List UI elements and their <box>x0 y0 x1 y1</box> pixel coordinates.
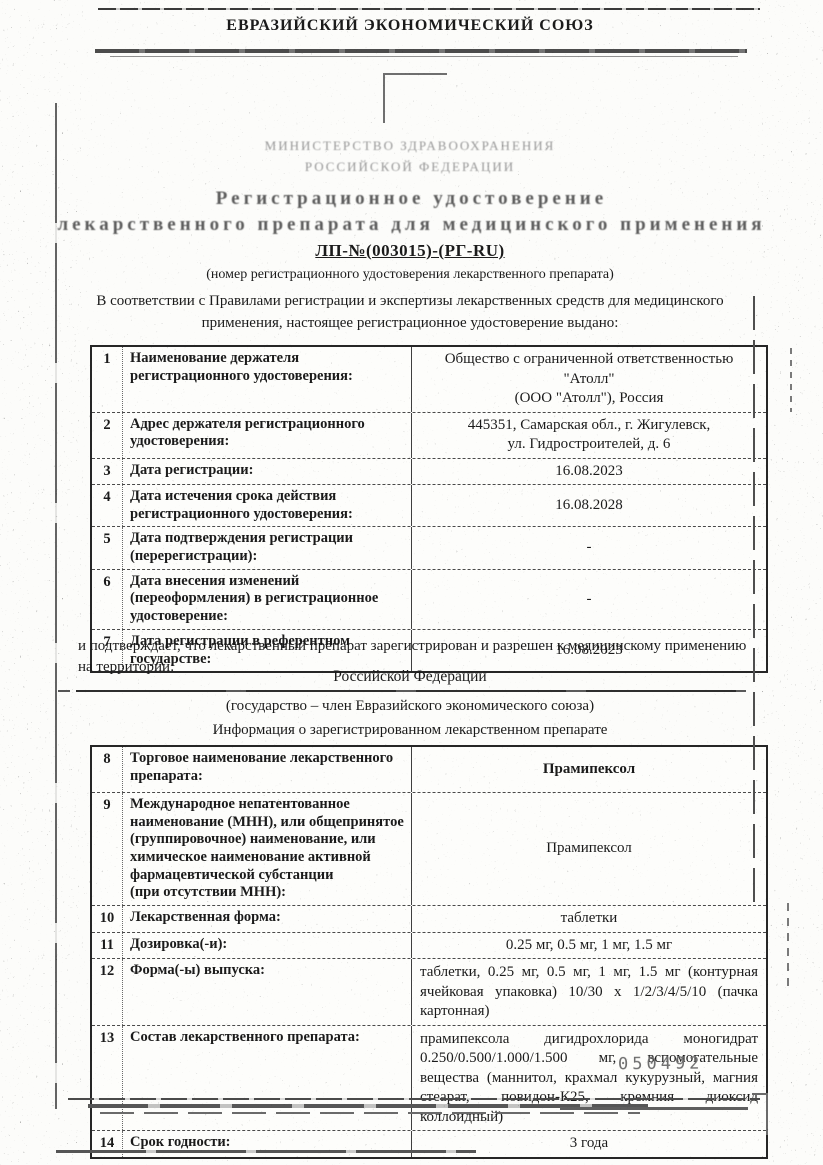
ministry-name: МИНИСТЕРСТВО ЗДРАВООХРАНЕНИЯ РОССИЙСКОЙ … <box>60 136 760 178</box>
header-rule-thin <box>110 56 738 57</box>
header-rule-thick <box>95 49 747 53</box>
row-value: прамипексола дигидрохлорида моногидрат 0… <box>412 1026 766 1131</box>
right-margin-mark <box>790 348 792 412</box>
row-label: Дозировка(-и): <box>123 933 412 959</box>
row-label: Форма(-ы) выпуска: <box>123 959 412 1025</box>
left-margin-line <box>55 103 57 1109</box>
row-label: Международное непатентованное наименован… <box>123 793 412 905</box>
row-number: 5 <box>92 527 123 568</box>
row-label: Состав лекарственного препарата: <box>123 1026 412 1131</box>
row-value: таблетки, 0.25 мг, 0.5 мг, 1 мг, 1.5 мг … <box>412 959 766 1025</box>
row-number: 3 <box>92 459 123 485</box>
registration-number-caption: (номер регистрационного удостоверения ле… <box>60 267 760 283</box>
bottom-border-line <box>68 1098 760 1100</box>
row-value: Прамипексол <box>412 747 766 792</box>
row-value: Общество с ограниченной ответственностью… <box>412 347 766 412</box>
row-value: 16.08.2023 <box>412 459 766 485</box>
table-row: 5 Дата подтверждения регистрации (перере… <box>92 526 766 568</box>
row-label: Дата внесения изменений (переоформления)… <box>123 570 412 629</box>
row-value: 445351, Самарская обл., г. Жигулевск, ул… <box>412 413 766 458</box>
row-label: Дата истечения срока действия регистраци… <box>123 485 412 526</box>
row-number: 4 <box>92 485 123 526</box>
row-number: 8 <box>92 747 123 792</box>
territory-name: Российской Федерации <box>60 668 760 686</box>
bottom-border-line <box>100 1112 640 1114</box>
row-value: 16.08.2028 <box>412 485 766 526</box>
table-row: 11 Дозировка(-и): 0.25 мг, 0.5 мг, 1 мг,… <box>92 932 766 959</box>
territory-caption: (государство – член Евразийского экономи… <box>60 698 760 715</box>
registration-certificate-page: ЕВРАЗИЙСКИЙ ЭКОНОМИЧЕСКИЙ СОЮЗ МИНИСТЕРС… <box>0 0 823 1165</box>
document-title: Регистрационное удостоверение лекарствен… <box>40 186 783 238</box>
row-label: Дата регистрации: <box>123 459 412 485</box>
row-number: 1 <box>92 347 123 412</box>
right-margin-line <box>753 296 755 906</box>
row-number: 11 <box>92 933 123 959</box>
table-row: 6 Дата внесения изменений (переоформлени… <box>92 569 766 629</box>
union-header: ЕВРАЗИЙСКИЙ ЭКОНОМИЧЕСКИЙ СОЮЗ <box>60 17 760 35</box>
table-row: 9 Международное непатентованное наименов… <box>92 792 766 905</box>
row-value: Прамипексол <box>412 793 766 905</box>
table-row: 10 Лекарственная форма: таблетки <box>92 905 766 932</box>
product-table: 8 Торговое наименование лекарственного п… <box>90 745 768 1159</box>
row-label: Наименование держателя регистрационного … <box>123 347 412 412</box>
holder-table: 1 Наименование держателя регистрационног… <box>90 345 768 673</box>
row-value: - <box>412 527 766 568</box>
table-row: 4 Дата истечения срока действия регистра… <box>92 484 766 526</box>
intro-paragraph: В соответствии с Правилами регистрации и… <box>60 291 760 335</box>
row-number: 13 <box>92 1026 123 1131</box>
row-value: - <box>412 570 766 629</box>
territory-underline <box>76 690 746 692</box>
bottom-border-line <box>560 1107 748 1110</box>
table-row: 8 Торговое наименование лекарственного п… <box>92 747 766 792</box>
row-number: 6 <box>92 570 123 629</box>
row-value: 0.25 мг, 0.5 мг, 1 мг, 1.5 мг <box>412 933 766 959</box>
row-label: Лекарственная форма: <box>123 906 412 932</box>
info-section-heading: Информация о зарегистрированном лекарств… <box>60 722 760 739</box>
row-value: таблетки <box>412 906 766 932</box>
right-margin-mark <box>787 903 789 987</box>
emblem-placeholder-corner <box>383 73 447 123</box>
bottom-corner-mark <box>752 1093 768 1135</box>
row-number: 9 <box>92 793 123 905</box>
bottom-border-line <box>56 1150 476 1153</box>
row-label: Торговое наименование лекарственного пре… <box>123 747 412 792</box>
table-row: 3 Дата регистрации: 16.08.2023 <box>92 458 766 485</box>
blank-serial-number: 050492 <box>618 1054 704 1075</box>
territory-underline-dash <box>58 690 70 692</box>
top-border-line <box>98 8 760 10</box>
table-row: 2 Адрес держателя регистрационного удост… <box>92 412 766 458</box>
table-row: 1 Наименование держателя регистрационног… <box>92 347 766 412</box>
table-row: 13 Состав лекарственного препарата: прам… <box>92 1025 766 1131</box>
row-label: Дата подтверждения регистрации (перереги… <box>123 527 412 568</box>
registration-number: ЛП-№(003015)-(РГ-RU) <box>60 241 760 261</box>
row-number: 10 <box>92 906 123 932</box>
row-number: 2 <box>92 413 123 458</box>
table-row: 12 Форма(-ы) выпуска: таблетки, 0.25 мг,… <box>92 958 766 1025</box>
row-number: 12 <box>92 959 123 1025</box>
row-label: Адрес держателя регистрационного удостов… <box>123 413 412 458</box>
